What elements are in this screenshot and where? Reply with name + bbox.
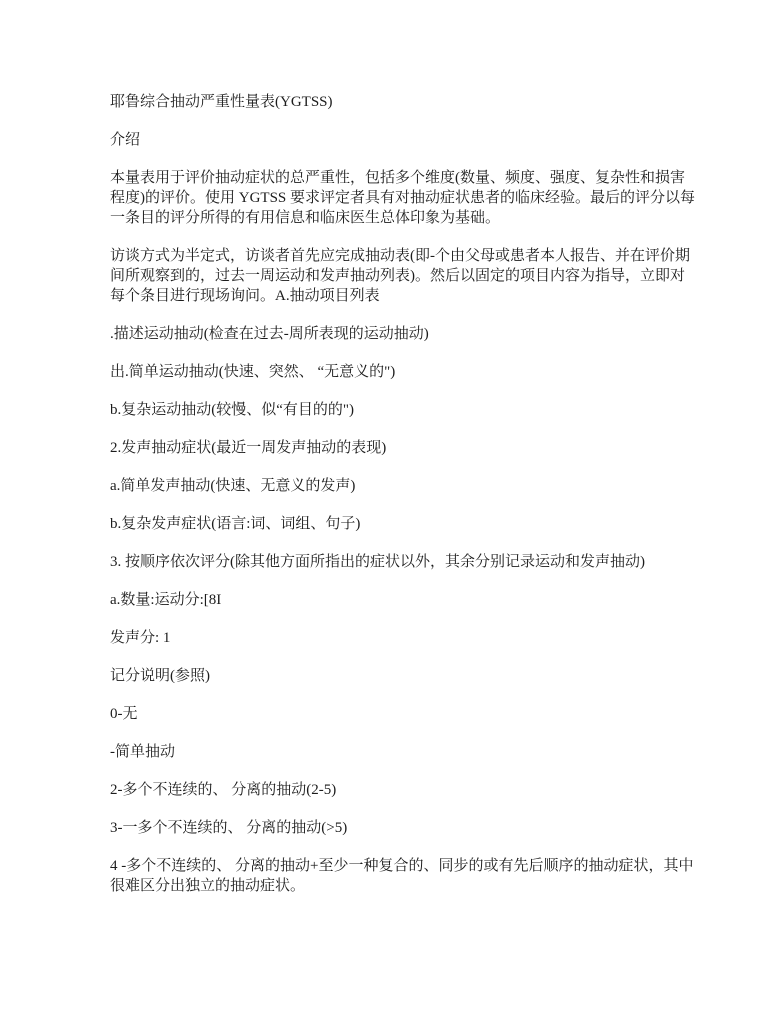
interview-method-paragraph: 访谈方式为半定式，访谈者首先应完成抽动表(即-个由父母或患者本人报告、并在评价期…	[110, 246, 698, 306]
intro-paragraph: 本量表用于评价抽动症状的总严重性，包括多个维度(数量、频度、强度、复杂性和损害程…	[110, 168, 698, 228]
item-2b-complex-vocal-symptoms: b.复杂发声症状(语言:词、词组、句子)	[110, 514, 698, 534]
score-1-simple-tic: -简单抽动	[110, 742, 698, 762]
score-line-vocal: 发声分: 1	[110, 628, 698, 648]
scoring-instructions-heading: 记分说明(参照)	[110, 666, 698, 686]
item-2a-simple-vocal-tics: a.简单发声抽动(快速、无意义的发声)	[110, 476, 698, 496]
item-1b-complex-motor-tics: b.复杂运动抽动(较慢、似“有目的的")	[110, 400, 698, 420]
score-2-multiple-discrete-tics: 2-多个不连续的、 分离的抽动(2-5)	[110, 780, 698, 800]
item-3-scoring-order: 3. 按顺序依次评分(除其他方面所指出的症状以外，其余分别记录运动和发声抽动)	[110, 552, 698, 572]
score-3-multiple-discrete-tics-gt5: 3-一多个不连续的、 分离的抽动(>5)	[110, 818, 698, 838]
doc-title: 耶鲁综合抽动严重性量表(YGTSS)	[110, 92, 698, 112]
item-1a-simple-motor-tics: 出.简单运动抽动(快速、突然、 “无意义的")	[110, 362, 698, 382]
score-line-number-motor: a.数量:运动分:[8I	[110, 590, 698, 610]
score-0-none: 0-无	[110, 704, 698, 724]
document-page: 耶鲁综合抽动严重性量表(YGTSS) 介绍 本量表用于评价抽动症状的总严重性，包…	[0, 0, 768, 1024]
item-2-vocal-tic-symptoms: 2.发声抽动症状(最近一周发声抽动的表现)	[110, 438, 698, 458]
score-4-multiple-plus-complex-tics: 4 -多个不连续的、 分离的抽动+至少一种复合的、同步的或有先后顺序的抽动症状，…	[110, 856, 698, 896]
intro-heading: 介绍	[110, 130, 698, 150]
item-1-describe-motor-tics: .描述运动抽动(检查在过去-周所表现的运动抽动)	[110, 324, 698, 344]
